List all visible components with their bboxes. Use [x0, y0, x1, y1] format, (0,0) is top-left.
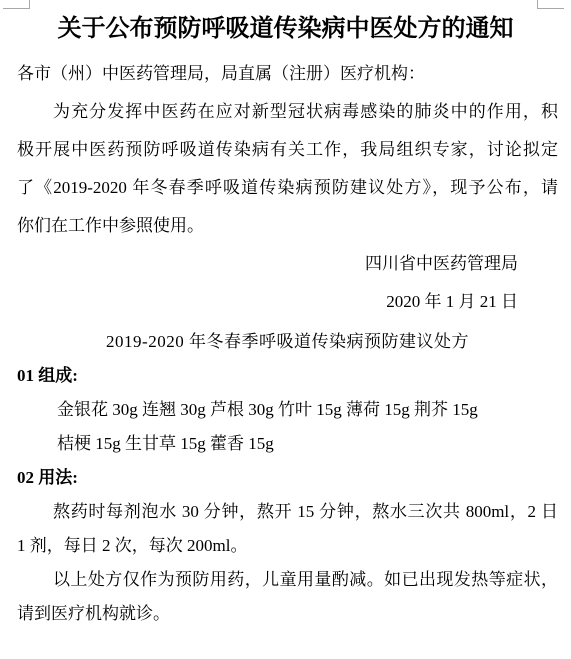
notice-body: 各市（州）中医药管理局，局直属（注册）医疗机构： 为充分发挥中医药在应对新型冠状…	[17, 55, 558, 321]
margin-crop-mark-left	[3, 0, 30, 9]
date-line: 2020 年 1 月 21 日	[17, 283, 558, 321]
usage-line-1: 熬药时每剂泡水 30 分钟，熬开 15 分钟，熬水三次共 800ml，2 日	[17, 495, 558, 529]
notice-paragraph-line-4: 你们在工作中参照使用。	[17, 207, 558, 245]
document-page: 关于公布预防呼吸道传染病中医处方的通知 各市（州）中医药管理局，局直属（注册）医…	[0, 0, 571, 659]
notice-paragraph-line-1: 为充分发挥中医药在应对新型冠状病毒感染的肺炎中的作用，积	[17, 93, 558, 131]
prescription-section: 2019-2020 年冬春季呼吸道传染病预防建议处方 01 组成: 金银花 30…	[17, 325, 558, 631]
salutation-line: 各市（州）中医药管理局，局直属（注册）医疗机构：	[17, 55, 558, 93]
margin-crop-mark-right	[537, 0, 564, 9]
prescription-heading: 2019-2020 年冬春季呼吸道传染病预防建议处方	[17, 325, 558, 359]
ingredients-line-2: 桔梗 15g 生甘草 15g 藿香 15g	[17, 427, 558, 461]
composition-section-label: 01 组成:	[17, 359, 558, 393]
notice-title: 关于公布预防呼吸道传染病中医处方的通知	[0, 12, 571, 46]
note-line-2: 请到医疗机构就诊。	[17, 597, 558, 631]
signature-line: 四川省中医药管理局	[17, 245, 558, 283]
usage-section-label: 02 用法:	[17, 461, 558, 495]
ingredients-line-1: 金银花 30g 连翘 30g 芦根 30g 竹叶 15g 薄荷 15g 荆芥 1…	[17, 393, 558, 427]
usage-line-2: 1 剂，每日 2 次，每次 200ml。	[17, 529, 558, 563]
notice-paragraph-line-3: 了《2019-2020 年冬春季呼吸道传染病预防建议处方》，现予公布，请	[17, 169, 558, 207]
notice-paragraph-line-2: 极开展中医药预防呼吸道传染病有关工作，我局组织专家，讨论拟定	[17, 131, 558, 169]
note-line-1: 以上处方仅作为预防用药，儿童用量酌减。如已出现发热等症状，	[17, 563, 558, 597]
